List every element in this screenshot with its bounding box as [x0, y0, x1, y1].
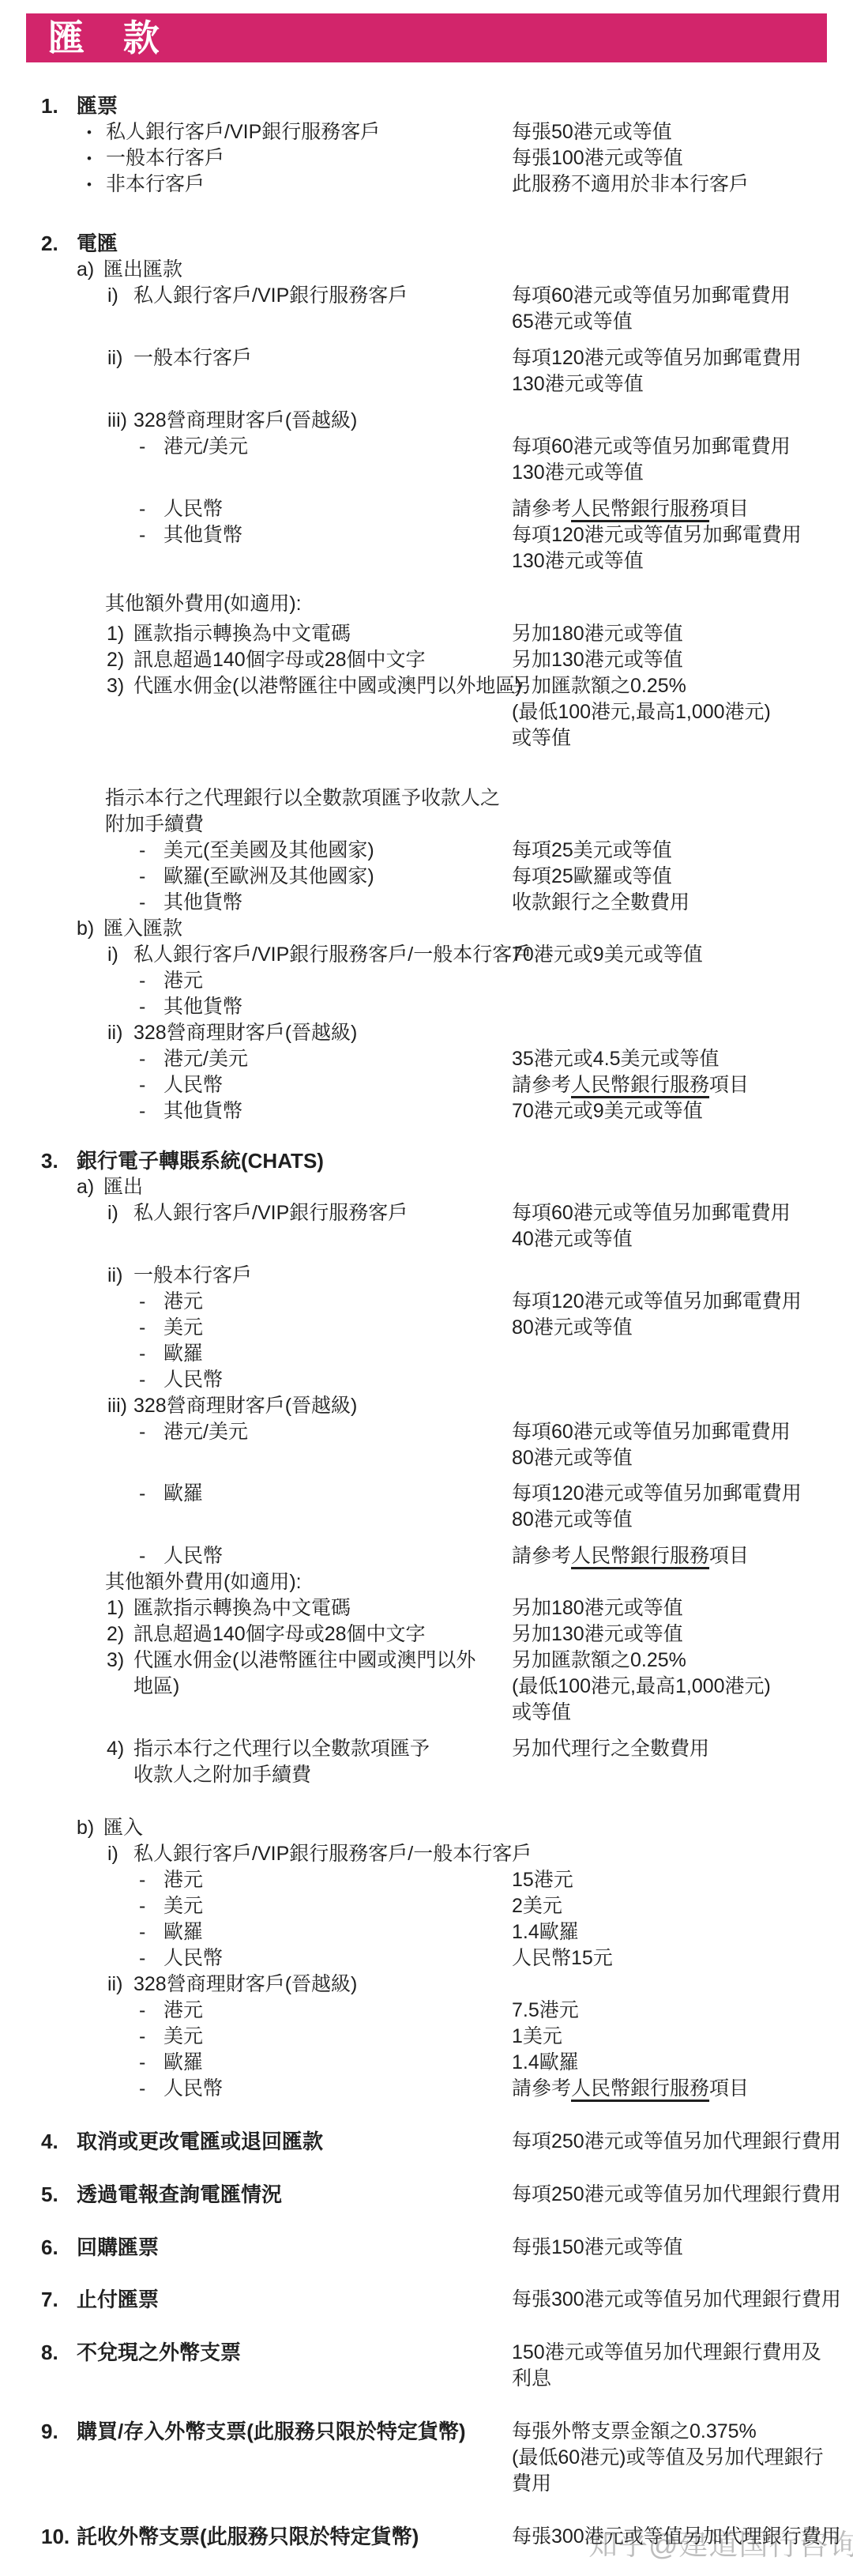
row-marker: -	[139, 1945, 163, 1972]
row-marker: -	[139, 1315, 163, 1341]
row-label-cell: i)私人銀行客戶/VIP銀行服務客戶	[0, 1200, 512, 1252]
row-marker: ii)	[107, 345, 133, 371]
fee-row: 2)訊息超過140個字母或28個中文字另加130港元或等值	[0, 647, 853, 673]
fee-row: b)匯入匯款	[0, 916, 853, 942]
row-marker: 5.	[41, 2182, 77, 2208]
row-value	[512, 785, 853, 838]
row-marker: 1)	[107, 1595, 133, 1621]
row-marker: 8.	[41, 2340, 77, 2366]
row-label: 私人銀行客戶/VIP銀行服務客戶/一般本行客戶	[133, 1841, 532, 1867]
row-value: 每項25歐羅或等值	[512, 864, 853, 890]
row-label-cell: 3)代匯水佣金(以港幣匯往中國或澳門以外地區)	[0, 673, 512, 751]
row-value: 每張50港元或等值	[512, 119, 853, 145]
row-label: 其他額外費用(如適用):	[105, 591, 302, 617]
row-label-cell: 4.取消或更改電匯或退回匯款	[0, 2129, 512, 2155]
fee-row: -美元2美元	[0, 1893, 853, 1919]
fee-row: 其他額外費用(如適用):	[0, 591, 853, 617]
row-label-cell: iii)328營商理財客戶(晉越級)	[0, 1393, 512, 1419]
row-label-cell: ii)一般本行客戶	[0, 345, 512, 397]
row-value: 另加130港元或等值	[512, 647, 853, 673]
fee-row: a)匯出	[0, 1174, 853, 1200]
section-header-row: 5.透過電報查詢電匯情況每項250港元或等值另加代理銀行費用	[0, 2182, 853, 2208]
row-label: 訊息超過140個字母或28個中文字	[133, 1621, 426, 1648]
row-value: 每張300港元或等值另加代理銀行費用	[512, 2524, 853, 2550]
row-label-cell: -美元(至美國及其他國家)	[0, 838, 512, 864]
row-label-cell: -歐羅	[0, 1919, 512, 1945]
fee-row: b)匯入	[0, 1815, 853, 1841]
row-label-cell: -人民幣	[0, 1945, 512, 1972]
fee-row: -歐羅1.4歐羅	[0, 2050, 853, 2076]
row-label-cell: -歐羅(至歐洲及其他國家)	[0, 864, 512, 890]
section-header-row: 10.託收外幣支票(此服務只限於特定貨幣)每張300港元或等值另加代理銀行費用	[0, 2524, 853, 2550]
row-value: 請參考人民幣銀行服務項目	[512, 2076, 853, 2102]
row-value	[512, 408, 853, 434]
row-marker: -	[139, 1072, 163, 1098]
row-value	[512, 1341, 853, 1367]
row-label: 私人銀行客戶/VIP銀行服務客戶/一般本行客戶	[133, 942, 532, 968]
fee-row: -港元	[0, 968, 853, 994]
row-marker: ii)	[107, 1972, 133, 1998]
row-label: 其他貨幣	[163, 1098, 242, 1124]
row-marker: -	[139, 2050, 163, 2076]
fee-row: -人民幣	[0, 1367, 853, 1393]
fee-row: 1)匯款指示轉換為中文電碼另加180港元或等值	[0, 621, 853, 647]
row-label: 止付匯票	[77, 2287, 159, 2313]
row-value: 每張300港元或等值另加代理銀行費用	[512, 2287, 853, 2313]
row-value: 2美元	[512, 1893, 853, 1919]
row-marker: i)	[107, 283, 133, 309]
row-value: 另加180港元或等值	[512, 621, 853, 647]
row-marker: 1.	[41, 93, 77, 119]
row-value	[512, 591, 853, 617]
row-value: 另加180港元或等值	[512, 1595, 853, 1621]
row-value: 此服務不適用於非本行客戶	[512, 171, 853, 198]
row-marker: i)	[107, 1841, 133, 1867]
row-label: 美元(至美國及其他國家)	[163, 838, 374, 864]
row-label: 匯款指示轉換為中文電碼	[133, 621, 351, 647]
row-value: 每項60港元或等值另加郵電費用130港元或等值	[512, 434, 853, 486]
fee-row: -港元7.5港元	[0, 1998, 853, 2024]
row-label: 其他貨幣	[163, 994, 242, 1020]
row-label: 美元	[163, 1893, 203, 1919]
fee-row: -歐羅1.4歐羅	[0, 1919, 853, 1945]
row-value: 請參考人民幣銀行服務項目	[512, 496, 853, 522]
row-marker: -	[139, 890, 163, 916]
row-label-cell: -人民幣	[0, 2076, 512, 2102]
row-label: 匯款指示轉換為中文電碼	[133, 1595, 351, 1621]
row-marker: -	[139, 1998, 163, 2024]
row-marker: -	[139, 1367, 163, 1393]
row-value: 另加130港元或等值	[512, 1621, 853, 1648]
row-marker: -	[139, 864, 163, 890]
row-label: 歐羅	[163, 1919, 203, 1945]
row-value: 35港元或4.5美元或等值	[512, 1046, 853, 1072]
row-label-cell: ii)一般本行客戶	[0, 1263, 512, 1289]
row-marker: 9.	[41, 2419, 77, 2445]
section-header-row: 6.回購匯票每張150港元或等值	[0, 2235, 853, 2261]
row-value: 1.4歐羅	[512, 2050, 853, 2076]
row-marker: b)	[77, 916, 103, 942]
row-marker: -	[139, 1098, 163, 1124]
row-value: 請參考人民幣銀行服務項目	[512, 1543, 853, 1569]
row-value: 另加代理行之全數費用	[512, 1736, 853, 1788]
fee-row: 指示本行之代理銀行以全數款項匯予收款人之附加手續費	[0, 785, 853, 838]
row-label: 私人銀行客戶/VIP銀行服務客戶	[106, 119, 380, 145]
row-label: 人民幣	[163, 496, 223, 522]
row-marker: 3.	[41, 1148, 77, 1174]
row-label-cell: -美元	[0, 1893, 512, 1919]
row-marker: 4.	[41, 2129, 77, 2155]
fee-row: -人民幣人民幣15元	[0, 1945, 853, 1972]
row-label: 銀行電子轉賬系統(CHATS)	[77, 1148, 324, 1174]
row-marker: ii)	[107, 1020, 133, 1046]
row-label-cell: -美元	[0, 2024, 512, 2050]
row-label: 指示本行之代理行以全數款項匯予收款人之附加手續費	[133, 1736, 430, 1788]
row-label-cell: i)私人銀行客戶/VIP銀行服務客戶/一般本行客戶	[0, 1841, 512, 1867]
fee-row: ii)328營商理財客戶(晉越級)	[0, 1020, 853, 1046]
row-label-cell: 4)指示本行之代理行以全數款項匯予收款人之附加手續費	[0, 1736, 512, 1788]
row-value: 每項60港元或等值另加郵電費用65港元或等值	[512, 283, 853, 335]
fee-row: -其他貨幣	[0, 994, 853, 1020]
row-label-cell: 2.電匯	[0, 231, 512, 257]
row-value	[512, 1263, 853, 1289]
fee-row: iii)328營商理財客戶(晉越級)	[0, 408, 853, 434]
row-label: 不兌現之外幣支票	[77, 2340, 241, 2366]
fee-row: i)私人銀行客戶/VIP銀行服務客戶每項60港元或等值另加郵電費用65港元或等值	[0, 283, 853, 335]
row-marker: ii)	[107, 1263, 133, 1289]
row-label: 匯入	[103, 1815, 143, 1841]
row-marker: 3)	[107, 1648, 133, 1674]
section-header-row: 1.匯票	[0, 93, 853, 119]
row-label-cell: -港元	[0, 1867, 512, 1893]
fee-row: -人民幣請參考人民幣銀行服務項目	[0, 1543, 853, 1569]
row-marker: 2)	[107, 647, 133, 673]
row-label-cell: -歐羅	[0, 1481, 512, 1533]
row-label: 其他額外費用(如適用):	[105, 1569, 302, 1595]
row-value	[512, 1148, 853, 1174]
row-label: 人民幣	[163, 1543, 223, 1569]
fee-row: -港元/美元每項60港元或等值另加郵電費用80港元或等值	[0, 1419, 853, 1471]
row-label-cell: 1.匯票	[0, 93, 512, 119]
row-label: 328營商理財客戶(晉越級)	[133, 1393, 357, 1419]
row-label-cell: -港元/美元	[0, 1419, 512, 1471]
row-label-cell: -港元	[0, 1289, 512, 1315]
row-label-cell: -港元	[0, 1998, 512, 2024]
row-label-cell: -歐羅	[0, 1341, 512, 1367]
fee-row: ii)328營商理財客戶(晉越級)	[0, 1972, 853, 1998]
row-marker: 3)	[107, 673, 133, 699]
fee-row: -其他貨幣收款銀行之全數費用	[0, 890, 853, 916]
row-label: 328營商理財客戶(晉越級)	[133, 1020, 357, 1046]
row-value	[512, 1815, 853, 1841]
fee-row: •私人銀行客戶/VIP銀行服務客戶每張50港元或等值	[0, 119, 853, 145]
section-header-row: 4.取消或更改電匯或退回匯款每項250港元或等值另加代理銀行費用	[0, 2129, 853, 2155]
row-label-cell: a)匯出匯款	[0, 257, 512, 283]
row-value	[512, 93, 853, 119]
row-value: 收款銀行之全數費用	[512, 890, 853, 916]
row-label-cell: 3)代匯水佣金(以港幣匯往中國或澳門以外地區)	[0, 1648, 512, 1726]
row-value: 每項120港元或等值另加郵電費用	[512, 1289, 853, 1315]
fee-row: -人民幣請參考人民幣銀行服務項目	[0, 496, 853, 522]
row-label: 其他貨幣	[163, 890, 242, 916]
fee-row: -其他貨幣每項120港元或等值另加郵電費用130港元或等值	[0, 522, 853, 574]
row-label-cell: ii)328營商理財客戶(晉越級)	[0, 1972, 512, 1998]
row-label-cell: iii)328營商理財客戶(晉越級)	[0, 408, 512, 434]
row-label-cell: a)匯出	[0, 1174, 512, 1200]
row-value	[512, 916, 853, 942]
row-marker: i)	[107, 1200, 133, 1226]
rmb-banking-services-link[interactable]: 人民幣銀行服務	[571, 1545, 709, 1567]
row-label: 電匯	[77, 231, 118, 257]
row-label: 港元/美元	[163, 434, 248, 460]
row-label: 一般本行客戶	[133, 345, 252, 371]
page-title-banner: 匯 款	[26, 13, 827, 62]
row-label: 其他貨幣	[163, 522, 242, 548]
row-label: 匯出	[103, 1174, 143, 1200]
row-label: 非本行客戶	[106, 171, 205, 198]
fee-row: i)私人銀行客戶/VIP銀行服務客戶每項60港元或等值另加郵電費用40港元或等值	[0, 1200, 853, 1252]
row-label: 私人銀行客戶/VIP銀行服務客戶	[133, 1200, 408, 1226]
row-value	[512, 1972, 853, 1998]
row-value	[512, 1367, 853, 1393]
row-value: 每項250港元或等值另加代理銀行費用	[512, 2182, 853, 2208]
row-marker: b)	[77, 1815, 103, 1841]
row-marker: 2.	[41, 231, 77, 257]
section-header-row: 3.銀行電子轉賬系統(CHATS)	[0, 1148, 853, 1174]
row-value: 另加匯款額之0.25%(最低100港元,最高1,000港元)或等值	[512, 1648, 853, 1726]
fee-row: -港元每項120港元或等值另加郵電費用	[0, 1289, 853, 1315]
row-label-cell: -其他貨幣	[0, 522, 512, 574]
row-label-cell: -歐羅	[0, 2050, 512, 2076]
row-marker: 1)	[107, 621, 133, 647]
row-label-cell: 6.回購匯票	[0, 2235, 512, 2261]
row-marker: •	[87, 119, 106, 145]
fee-row: •一般本行客戶每張100港元或等值	[0, 145, 853, 171]
row-value	[512, 1569, 853, 1595]
fee-row: i)私人銀行客戶/VIP銀行服務客戶/一般本行客戶70港元或9美元或等值	[0, 942, 853, 968]
fee-row: -美元1美元	[0, 2024, 853, 2050]
row-label: 人民幣	[163, 1367, 223, 1393]
row-value: 1.4歐羅	[512, 1919, 853, 1945]
row-label: 港元/美元	[163, 1419, 248, 1445]
row-value	[512, 231, 853, 257]
row-label-cell: -人民幣	[0, 1367, 512, 1393]
row-label-cell: b)匯入匯款	[0, 916, 512, 942]
fee-row: -港元/美元每項60港元或等值另加郵電費用130港元或等值	[0, 434, 853, 486]
row-label-cell: 其他額外費用(如適用):	[0, 1569, 512, 1595]
fee-row: 3)代匯水佣金(以港幣匯往中國或澳門以外地區)另加匯款額之0.25%(最低100…	[0, 673, 853, 751]
row-marker: -	[139, 1481, 163, 1507]
row-label-cell: 指示本行之代理銀行以全數款項匯予收款人之附加手續費	[0, 785, 512, 838]
remittance-fee-document: 匯 款 知乎@建道国行咨询 1.匯票•私人銀行客戶/VIP銀行服務客戶每張50港…	[0, 0, 853, 2576]
row-marker: •	[87, 171, 106, 198]
row-value: 每張150港元或等值	[512, 2235, 853, 2261]
row-marker: -	[139, 1341, 163, 1367]
row-value: 每項120港元或等值另加郵電費用130港元或等值	[512, 345, 853, 397]
row-label-cell: -美元	[0, 1315, 512, 1341]
fee-row: 3)代匯水佣金(以港幣匯往中國或澳門以外地區)另加匯款額之0.25%(最低100…	[0, 1648, 853, 1726]
fee-row: 其他額外費用(如適用):	[0, 1569, 853, 1595]
row-label-cell: b)匯入	[0, 1815, 512, 1841]
row-label-cell: 1)匯款指示轉換為中文電碼	[0, 621, 512, 647]
row-label-cell: -人民幣	[0, 496, 512, 522]
row-label: 港元	[163, 1867, 203, 1893]
fee-row: -歐羅每項120港元或等值另加郵電費用80港元或等值	[0, 1481, 853, 1533]
row-label: 人民幣	[163, 2076, 223, 2102]
row-marker: -	[139, 968, 163, 994]
row-label: 取消或更改電匯或退回匯款	[77, 2129, 323, 2155]
fee-row: -人民幣請參考人民幣銀行服務項目	[0, 1072, 853, 1098]
row-label: 歐羅	[163, 1341, 203, 1367]
row-marker: i)	[107, 942, 133, 968]
row-value: 每項60港元或等值另加郵電費用40港元或等值	[512, 1200, 853, 1252]
fee-row: a)匯出匯款	[0, 257, 853, 283]
row-label: 328營商理財客戶(晉越級)	[133, 408, 357, 434]
row-label: 指示本行之代理銀行以全數款項匯予收款人之附加手續費	[105, 785, 500, 838]
row-label-cell: 2)訊息超過140個字母或28個中文字	[0, 1621, 512, 1648]
row-value: 另加匯款額之0.25%(最低100港元,最高1,000港元)或等值	[512, 673, 853, 751]
row-label: 購買/存入外幣支票(此服務只限於特定貨幣)	[77, 2419, 466, 2445]
row-marker: 7.	[41, 2287, 77, 2313]
row-label-cell: 2)訊息超過140個字母或28個中文字	[0, 647, 512, 673]
row-marker: a)	[77, 1174, 103, 1200]
row-label: 代匯水佣金(以港幣匯往中國或澳門以外地區)	[133, 673, 522, 699]
row-label: 歐羅	[163, 2050, 203, 2076]
row-value: 每張外幣支票金額之0.375%(最低60港元)或等值及另加代理銀行費用	[512, 2419, 853, 2497]
row-label-cell: -其他貨幣	[0, 994, 512, 1020]
rmb-banking-services-link[interactable]: 人民幣銀行服務	[571, 2077, 709, 2100]
row-marker: •	[87, 145, 106, 171]
fee-row: -歐羅(至歐洲及其他國家)每項25歐羅或等值	[0, 864, 853, 890]
fee-row: iii)328營商理財客戶(晉越級)	[0, 1393, 853, 1419]
row-label-cell: 8.不兌現之外幣支票	[0, 2340, 512, 2392]
row-value: 每項25美元或等值	[512, 838, 853, 864]
row-marker: -	[139, 1919, 163, 1945]
row-value: 70港元或9美元或等值	[512, 942, 853, 968]
section-header-row: 8.不兌現之外幣支票150港元或等值另加代理銀行費用及利息	[0, 2340, 853, 2392]
row-label-cell: -其他貨幣	[0, 1098, 512, 1124]
row-marker: -	[139, 1867, 163, 1893]
row-value	[512, 1174, 853, 1200]
fee-row: ii)一般本行客戶	[0, 1263, 853, 1289]
row-label: 人民幣	[163, 1072, 223, 1098]
row-marker: iii)	[107, 1393, 133, 1419]
row-label: 人民幣	[163, 1945, 223, 1972]
row-marker: 6.	[41, 2235, 77, 2261]
row-marker: -	[139, 1046, 163, 1072]
row-marker: 10.	[41, 2524, 77, 2550]
row-label: 一般本行客戶	[106, 145, 224, 171]
row-label-cell: -港元	[0, 968, 512, 994]
row-label: 港元/美元	[163, 1046, 248, 1072]
row-marker: -	[139, 2076, 163, 2102]
row-marker: -	[139, 2024, 163, 2050]
row-label: 美元	[163, 1315, 203, 1341]
row-label: 港元	[163, 968, 203, 994]
row-marker: 2)	[107, 1621, 133, 1648]
row-marker: 4)	[107, 1736, 133, 1762]
row-marker: -	[139, 434, 163, 460]
fee-row: -其他貨幣70港元或9美元或等值	[0, 1098, 853, 1124]
fee-row: -港元/美元35港元或4.5美元或等值	[0, 1046, 853, 1072]
row-label-cell: -港元/美元	[0, 434, 512, 486]
fee-row: •非本行客戶此服務不適用於非本行客戶	[0, 171, 853, 198]
row-label: 歐羅	[163, 1481, 203, 1507]
row-label-cell: 1)匯款指示轉換為中文電碼	[0, 1595, 512, 1621]
page-title: 匯 款	[48, 20, 174, 56]
row-marker: -	[139, 1543, 163, 1569]
row-value: 人民幣15元	[512, 1945, 853, 1972]
row-value	[512, 994, 853, 1020]
row-value	[512, 968, 853, 994]
row-label-cell: i)私人銀行客戶/VIP銀行服務客戶	[0, 283, 512, 335]
row-label-cell: -人民幣	[0, 1072, 512, 1098]
row-value	[512, 1020, 853, 1046]
section-header-row: 9.購買/存入外幣支票(此服務只限於特定貨幣)每張外幣支票金額之0.375%(最…	[0, 2419, 853, 2497]
rmb-banking-services-link[interactable]: 人民幣銀行服務	[571, 1074, 709, 1096]
row-value: 7.5港元	[512, 1998, 853, 2024]
row-value: 80港元或等值	[512, 1315, 853, 1341]
row-value: 每項250港元或等值另加代理銀行費用	[512, 2129, 853, 2155]
row-value: 70港元或9美元或等值	[512, 1098, 853, 1124]
section-header-row: 7.止付匯票每張300港元或等值另加代理銀行費用	[0, 2287, 853, 2313]
fee-row: 4)指示本行之代理行以全數款項匯予收款人之附加手續費另加代理行之全數費用	[0, 1736, 853, 1788]
row-label: 訊息超過140個字母或28個中文字	[133, 647, 426, 673]
row-marker: -	[139, 838, 163, 864]
row-label-cell: 5.透過電報查詢電匯情況	[0, 2182, 512, 2208]
row-value	[512, 1841, 853, 1867]
row-label-cell: 其他額外費用(如適用):	[0, 591, 512, 617]
row-value	[512, 1393, 853, 1419]
row-label-cell: 10.託收外幣支票(此服務只限於特定貨幣)	[0, 2524, 512, 2550]
row-label: 一般本行客戶	[133, 1263, 252, 1289]
row-label-cell: -港元/美元	[0, 1046, 512, 1072]
row-value: 請參考人民幣銀行服務項目	[512, 1072, 853, 1098]
row-marker: -	[139, 522, 163, 548]
row-label-cell: i)私人銀行客戶/VIP銀行服務客戶/一般本行客戶	[0, 942, 512, 968]
row-value: 150港元或等值另加代理銀行費用及利息	[512, 2340, 853, 2392]
row-marker: a)	[77, 257, 103, 283]
row-marker: -	[139, 1893, 163, 1919]
row-value: 每張100港元或等值	[512, 145, 853, 171]
row-marker: -	[139, 496, 163, 522]
fee-row: -美元(至美國及其他國家)每項25美元或等值	[0, 838, 853, 864]
row-value: 每項120港元或等值另加郵電費用130港元或等值	[512, 522, 853, 574]
row-marker: -	[139, 1289, 163, 1315]
row-label: 私人銀行客戶/VIP銀行服務客戶	[133, 283, 408, 309]
fee-row: -美元80港元或等值	[0, 1315, 853, 1341]
row-label-cell: -其他貨幣	[0, 890, 512, 916]
row-value: 15港元	[512, 1867, 853, 1893]
row-value: 1美元	[512, 2024, 853, 2050]
row-label-cell: -人民幣	[0, 1543, 512, 1569]
row-label: 代匯水佣金(以港幣匯往中國或澳門以外地區)	[133, 1648, 475, 1700]
row-label: 328營商理財客戶(晉越級)	[133, 1972, 357, 1998]
rmb-banking-services-link[interactable]: 人民幣銀行服務	[571, 498, 709, 520]
row-label: 透過電報查詢電匯情況	[77, 2182, 282, 2208]
row-label-cell: •非本行客戶	[0, 171, 512, 198]
row-label-cell: 9.購買/存入外幣支票(此服務只限於特定貨幣)	[0, 2419, 512, 2497]
row-label: 匯入匯款	[103, 916, 182, 942]
row-value: 每項60港元或等值另加郵電費用80港元或等值	[512, 1419, 853, 1471]
row-label-cell: ii)328營商理財客戶(晉越級)	[0, 1020, 512, 1046]
fee-row: -歐羅	[0, 1341, 853, 1367]
section-header-row: 2.電匯	[0, 231, 853, 257]
fee-row: -人民幣請參考人民幣銀行服務項目	[0, 2076, 853, 2102]
row-label: 港元	[163, 1289, 203, 1315]
row-marker: -	[139, 1419, 163, 1445]
row-label: 港元	[163, 1998, 203, 2024]
